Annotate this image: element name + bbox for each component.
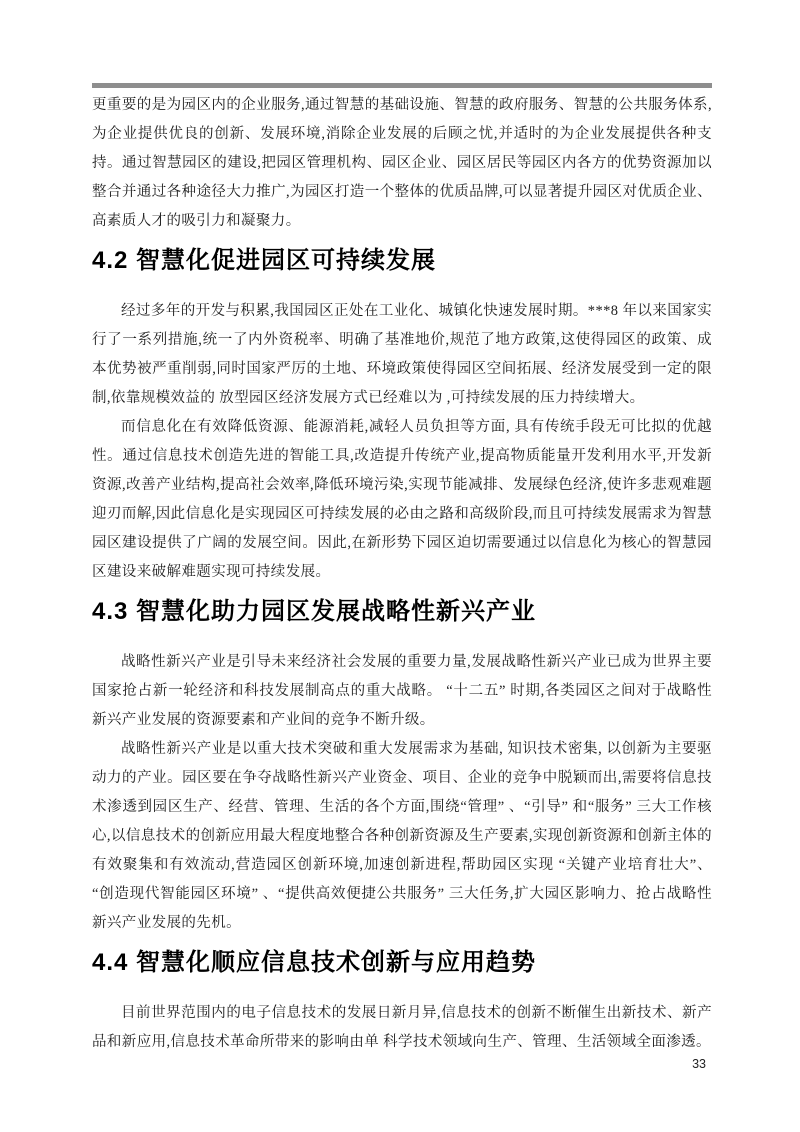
intro-paragraph: 更重要的是为园区内的企业服务,通过智慧的基础设施、智慧的政府服务、智慧的公共服务…	[92, 91, 712, 236]
section-heading-4-4: 4.4 智慧化顺应信息技术创新与应用趋势	[92, 947, 712, 979]
document-page: 更重要的是为园区内的企业服务,通过智慧的基础设施、智慧的政府服务、智慧的公共服务…	[0, 0, 800, 1132]
section-4-3-paragraph-1: 战略性新兴产业是引导未来经济社会发展的重要力量,发展战略性新兴产业已成为世界主要…	[92, 648, 712, 735]
section-4-3-paragraph-2: 战略性新兴产业是以重大技术突破和重大发展需求为基础, 知识技术密集, 以创新为主…	[92, 735, 712, 938]
header-rule	[92, 83, 712, 88]
section-4-2-paragraph-1: 经过多年的开发与积累,我国园区正处在工业化、城镇化快速发展时期。***8 年以来…	[92, 297, 712, 413]
document-content: 更重要的是为园区内的企业服务,通过智慧的基础设施、智慧的政府服务、智慧的公共服务…	[0, 0, 800, 1057]
section-heading-4-2: 4.2 智慧化促进园区可持续发展	[92, 245, 712, 277]
page-number: 33	[692, 1057, 706, 1071]
section-heading-4-3: 4.3 智慧化助力园区发展战略性新兴产业	[92, 596, 712, 628]
section-4-2-paragraph-2: 而信息化在有效降低资源、能源消耗,减轻人员负担等方面, 具有传统手段无可比拟的优…	[92, 413, 712, 587]
section-4-4-paragraph-1: 目前世界范围内的电子信息技术的发展日新月异,信息技术的创新不断催生出新技术、新产…	[92, 999, 712, 1057]
